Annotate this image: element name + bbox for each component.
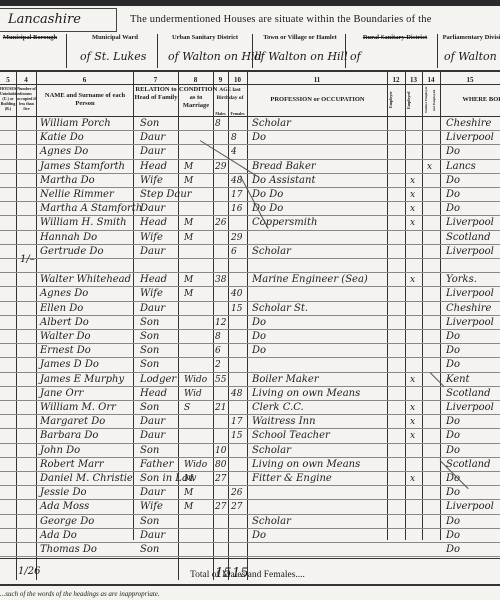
name-cell: Robert Marr [40, 458, 104, 472]
district-value-urban: of Walton on Hill [168, 50, 262, 63]
colhead-birthplace: WHERE BORN [460, 96, 500, 104]
name-cell: Thomas Do [40, 543, 97, 557]
relation-cell: Son [140, 316, 159, 330]
name-cell: William H. Smith [40, 216, 127, 230]
age-female-cell: 29 [231, 231, 242, 245]
name-cell: Katie Do [40, 131, 84, 145]
name-cell: Martha A Stamforth [40, 202, 142, 216]
relation-cell: Son [140, 117, 159, 131]
total-males: 15 [215, 566, 232, 581]
name-cell: Martha Do [40, 174, 95, 188]
total-females: 15 [232, 566, 249, 581]
age-male-cell: 8 [215, 330, 221, 344]
margin-mark-totals: 1/26 [18, 566, 40, 577]
colhead-occupation: PROFESSION or OCCUPATION [250, 96, 385, 104]
footer-note: ...such of the words of the headings as … [0, 590, 160, 598]
relation-cell: Head [140, 160, 167, 174]
name-cell: Ellen Do [40, 302, 83, 316]
age-female-cell: 17 [231, 188, 242, 202]
district-value-rural: of [350, 50, 361, 63]
occupation-cell: Do Assistant [252, 174, 315, 188]
employed-cell: x [410, 174, 415, 188]
relation-cell: Father [140, 458, 173, 472]
condition-cell: M [184, 486, 193, 500]
relation-cell: Daur [140, 202, 165, 216]
birthplace-cell: Do [446, 344, 460, 358]
occupation-cell: Do [252, 316, 266, 330]
birthplace-cell: Liverpool [446, 316, 494, 330]
age-female-cell: 4 [231, 145, 237, 159]
name-cell: Walter Whitehead [40, 273, 131, 287]
birthplace-cell: Kent [446, 373, 470, 387]
own-account-cell: x [427, 160, 432, 174]
age-female-cell: 17 [231, 415, 242, 429]
colnum-6: 6 [36, 76, 133, 84]
colhead-own-account: Neither Employer nor Employed [422, 86, 440, 114]
name-cell: William Porch [40, 117, 111, 131]
age-male-cell: 27 [215, 472, 226, 486]
relation-cell: Son [140, 330, 159, 344]
relation-cell: Wife [140, 174, 163, 188]
birthplace-cell: Do [446, 174, 460, 188]
name-cell: George Do [40, 515, 94, 529]
occupation-cell: Living on own Means [252, 458, 360, 472]
district-label-urban-sanitary: Urban Sanitary District [160, 34, 250, 41]
colnum-5: 5 [0, 76, 16, 84]
condition-cell: S [184, 401, 190, 415]
condition-cell: M [184, 231, 193, 245]
birthplace-cell: Liverpool [446, 287, 494, 301]
age-male-cell: 2 [215, 358, 221, 372]
employed-cell: x [410, 401, 415, 415]
relation-cell: Son [140, 344, 159, 358]
relation-cell: Wife [140, 500, 163, 514]
birthplace-cell: Liverpool [446, 401, 494, 415]
age-female-cell: 15 [231, 429, 242, 443]
district-value-parliamentary: of Walton [444, 50, 497, 63]
birthplace-cell: Cheshire [446, 302, 491, 316]
age-female-cell: 6 [231, 245, 237, 259]
occupation-cell: Scholar [252, 117, 291, 131]
occupation-cell: Fitter & Engine [252, 472, 332, 486]
birthplace-cell: Do [446, 444, 460, 458]
colhead-houses: HOUSES Uninhabited (U.) or Building (B.) [0, 86, 16, 111]
name-cell: Margaret Do [40, 415, 105, 429]
occupation-cell: Do Do [252, 188, 283, 202]
name-cell: Ernest Do [40, 344, 91, 358]
relation-cell: Daur [140, 415, 165, 429]
condition-cell: Wid [184, 387, 202, 401]
employed-cell: x [410, 273, 415, 287]
birthplace-cell: Liverpool [446, 216, 494, 230]
colnum-7: 7 [133, 76, 178, 84]
age-male-cell: 10 [215, 444, 226, 458]
colnum-14: 14 [422, 76, 440, 84]
condition-cell: M [184, 160, 193, 174]
colhead-relation: RELATION to Head of Family [134, 86, 178, 102]
birthplace-cell: Do [446, 358, 460, 372]
occupation-cell: Waitress Inn [252, 415, 316, 429]
col-line [440, 70, 441, 540]
condition-cell: M [184, 273, 193, 287]
name-cell: Nellie Rimmer [40, 188, 114, 202]
birthplace-cell: Do [446, 486, 460, 500]
relation-cell: Son [140, 543, 159, 557]
occupation-cell: Scholar St. [252, 302, 308, 316]
name-cell: John Do [40, 444, 80, 458]
relation-cell: Son [140, 401, 159, 415]
col-line [247, 70, 248, 580]
colnum-9: 9 [213, 76, 228, 84]
condition-cell: M [184, 500, 193, 514]
name-cell: James E Murphy [40, 373, 124, 387]
relation-cell: Son [140, 515, 159, 529]
condition-cell: M [184, 174, 193, 188]
age-female-cell: 26 [231, 486, 242, 500]
age-male-cell: 27 [215, 500, 226, 514]
age-male-cell: 26 [215, 216, 226, 230]
birthplace-cell: Do [446, 415, 460, 429]
district-label-rural-sanitary: Rural Sanitary District [350, 34, 440, 41]
colnum-border [0, 84, 500, 85]
district-label-municipal-borough: Municipal Borough [0, 34, 60, 41]
name-cell: Albert Do [40, 316, 89, 330]
age-male-cell: 29 [215, 160, 226, 174]
col-line [133, 70, 134, 540]
divider [66, 34, 67, 68]
occupation-cell: Living on own Means [252, 387, 360, 401]
colhead-age-females: Females [228, 110, 247, 118]
top-border [0, 0, 500, 6]
relation-cell: Step Daur [140, 188, 192, 202]
divider [157, 34, 158, 68]
relation-cell: Daur [140, 145, 165, 159]
birthplace-cell: Yorks. [446, 273, 477, 287]
district-label-parliamentary: Parliamentary Division [440, 34, 500, 41]
age-male-cell: 6 [215, 344, 221, 358]
birthplace-cell: Liverpool [446, 500, 494, 514]
district-label-town: Town or Village or Hamlet [255, 34, 345, 41]
relation-cell: Son [140, 444, 159, 458]
condition-cell: Wido [184, 458, 207, 472]
employed-cell: x [410, 415, 415, 429]
birthplace-cell: Do [446, 429, 460, 443]
occupation-cell: Scholar [252, 515, 291, 529]
name-cell: Barbara Do [40, 429, 98, 443]
name-cell: William M. Orr [40, 401, 116, 415]
birthplace-cell: Do [446, 145, 460, 159]
census-page: Lancashire The undermentioned Houses are… [0, 0, 500, 600]
colnum-8: 8 [178, 76, 213, 84]
table-top-border [0, 70, 500, 72]
birthplace-cell: Do [446, 543, 460, 557]
col-line [387, 70, 388, 540]
col-line [422, 70, 423, 540]
relation-cell: Daur [140, 529, 165, 543]
birthplace-cell: Do [446, 330, 460, 344]
occupation-cell: School Teacher [252, 429, 330, 443]
age-male-cell: 55 [215, 373, 226, 387]
birthplace-cell: Lancs [446, 160, 476, 174]
relation-cell: Daur [140, 486, 165, 500]
age-female-cell: 8 [231, 131, 237, 145]
relation-cell: Daur [140, 302, 165, 316]
enumerator-slash [430, 372, 445, 387]
totals-top-border [0, 558, 500, 559]
occupation-cell: Marine Engineer (Sea) [252, 273, 368, 287]
col-line [405, 70, 406, 540]
name-cell: Ada Do [40, 529, 77, 543]
occupation-cell: Scholar [252, 444, 291, 458]
occupation-cell: Scholar [252, 245, 291, 259]
col-line [36, 70, 37, 580]
col-line [228, 70, 229, 580]
age-female-cell: 16 [231, 202, 242, 216]
colnum-10: 10 [228, 76, 247, 84]
birthplace-cell: Scotland [446, 231, 491, 245]
condition-cell: M [184, 287, 193, 301]
name-cell: Agnes Do [40, 145, 88, 159]
employed-cell: x [410, 373, 415, 387]
employed-cell: x [410, 188, 415, 202]
district-value-ward: of St. Lukes [80, 50, 146, 63]
name-cell: James D Do [40, 358, 99, 372]
employed-cell: x [410, 429, 415, 443]
colnum-13: 13 [405, 76, 422, 84]
condition-cell: M [184, 216, 193, 230]
name-cell: Hannah Do [40, 231, 97, 245]
col-line [178, 70, 179, 580]
employed-cell: x [410, 472, 415, 486]
relation-cell: Wife [140, 287, 163, 301]
colnum-15: 15 [440, 76, 500, 84]
age-female-cell: 15 [231, 302, 242, 316]
employed-cell: x [410, 202, 415, 216]
name-cell: Jane Orr [40, 387, 83, 401]
employed-cell: x [410, 216, 415, 230]
colhead-age: AGE last Birthday of [213, 86, 247, 102]
occupation-cell: Boiler Maker [252, 373, 319, 387]
name-cell: James Stamforth [40, 160, 125, 174]
table-bottom-border [0, 584, 500, 586]
age-male-cell: 12 [215, 316, 226, 330]
county-box: Lancashire [0, 8, 117, 32]
birthplace-cell: Do [446, 188, 460, 202]
colnum-11: 11 [247, 76, 387, 84]
age-male-cell: 8 [215, 117, 221, 131]
age-male-cell: 80 [215, 458, 226, 472]
margin-mark-household: 1/– [20, 254, 35, 265]
condition-cell: Wido [184, 373, 207, 387]
name-cell: Jessie Do [40, 486, 87, 500]
birthplace-cell: Do [446, 529, 460, 543]
intro-text: The undermentioned Houses are situate wi… [130, 14, 432, 25]
name-cell: Daniel M. Christie [40, 472, 133, 486]
relation-cell: Son [140, 358, 159, 372]
name-cell: Gertrude Do [40, 245, 103, 259]
relation-cell: Head [140, 387, 167, 401]
district-label-municipal-ward: Municipal Ward [70, 34, 160, 41]
age-female-cell: 27 [231, 500, 242, 514]
birthplace-cell: Scotland [446, 458, 491, 472]
divider [437, 34, 438, 68]
colhead-employed: Employed [405, 86, 422, 114]
colhead-employer: Employer [387, 86, 405, 114]
relation-cell: Wife [140, 231, 163, 245]
colnum-12: 12 [387, 76, 405, 84]
district-value-town: of Walton on Hill [254, 50, 348, 63]
name-cell: Walter Do [40, 330, 91, 344]
relation-cell: Lodger [140, 373, 176, 387]
age-female-cell: 40 [231, 287, 242, 301]
col-line [16, 70, 17, 580]
occupation-cell: Do [252, 344, 266, 358]
age-male-cell: 38 [215, 273, 226, 287]
relation-cell: Daur [140, 245, 165, 259]
name-cell: Agnes Do [40, 287, 88, 301]
occupation-cell: Clerk C.C. [252, 401, 304, 415]
age-male-cell: 21 [215, 401, 226, 415]
relation-cell: Daur [140, 131, 165, 145]
age-female-cell: 48 [231, 387, 242, 401]
birthplace-cell: Liverpool [446, 245, 494, 259]
condition-cell: M [184, 472, 193, 486]
col-line [213, 70, 214, 580]
occupation-cell: Do [252, 330, 266, 344]
colhead-condition: CONDITION as to Marriage [179, 86, 213, 110]
occupation-cell: Do [252, 529, 266, 543]
relation-cell: Head [140, 273, 167, 287]
relation-cell: Head [140, 216, 167, 230]
colnum-4: 4 [16, 76, 36, 84]
birthplace-cell: Do [446, 515, 460, 529]
birthplace-cell: Cheshire [446, 117, 491, 131]
name-cell: Ada Moss [40, 500, 89, 514]
colhead-rooms: Number of rooms occupied if less than fi… [17, 86, 36, 111]
occupation-cell: Bread Baker [252, 160, 316, 174]
relation-cell: Daur [140, 429, 165, 443]
birthplace-cell: Liverpool [446, 131, 494, 145]
birthplace-cell: Do [446, 202, 460, 216]
colhead-name: NAME and Surname of each Person [40, 92, 130, 108]
birthplace-cell: Scotland [446, 387, 491, 401]
occupation-cell: Do [252, 131, 266, 145]
